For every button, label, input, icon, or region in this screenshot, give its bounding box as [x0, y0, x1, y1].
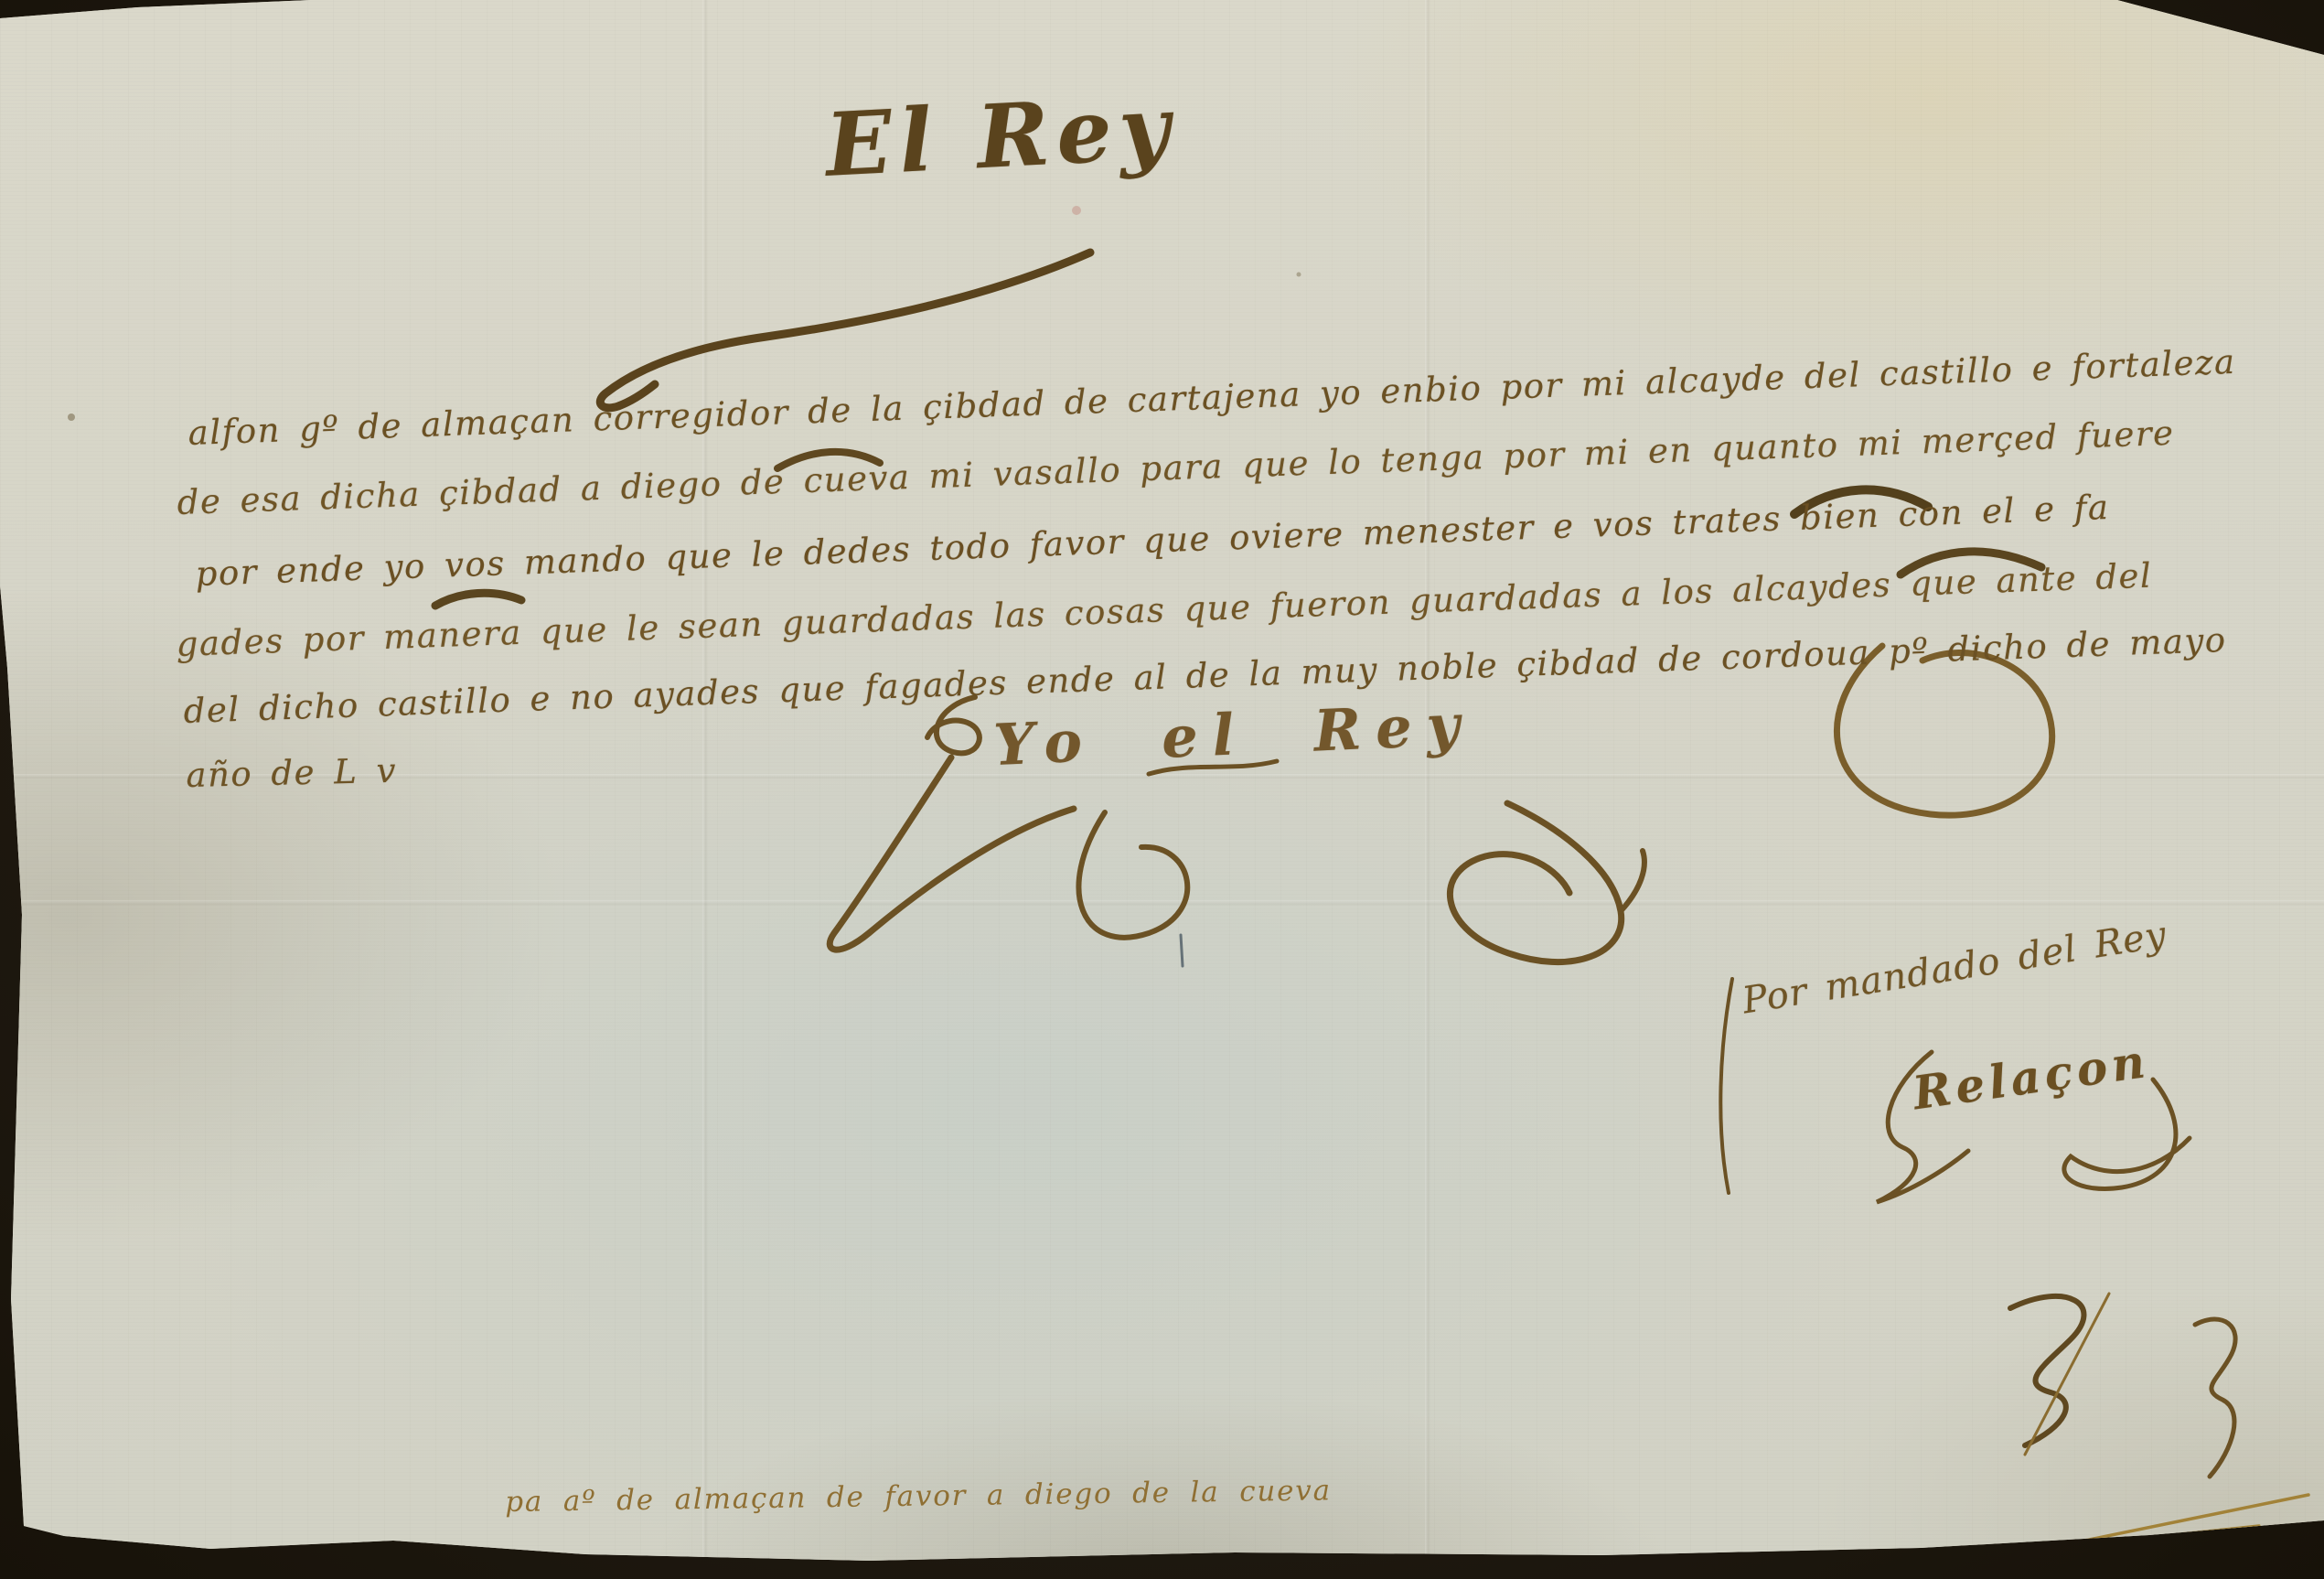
- pink-stain-speck: [1072, 206, 1081, 215]
- royal-signature-paraph: [927, 697, 980, 753]
- secretary-signature: Relaçon: [1910, 1034, 2153, 1121]
- royal-signature: Yo el Rey: [992, 691, 1475, 779]
- rubric-mark-left: [2010, 1296, 2083, 1445]
- manuscript-paper: El Rey alfon gº de almaçan corregidor de…: [0, 0, 2324, 1579]
- abbreviation-arc-line3-left: [435, 593, 521, 606]
- royal-signature-under-loop: [1078, 812, 1187, 938]
- royal-signature-right-hook: [1621, 851, 1644, 911]
- royal-signature-right-loop: [1450, 803, 1621, 962]
- body-line-6-dateline: año de L v: [186, 751, 397, 795]
- rubric-mark-right: [2195, 1319, 2235, 1477]
- document-heading: El Rey: [823, 77, 1179, 197]
- rubric-arrow-stroke: [2049, 1495, 2308, 1548]
- secretary-caption-descender: [1720, 979, 1732, 1193]
- secretary-caption: Por mandado del Rey: [1740, 914, 2169, 1023]
- royal-signature-left-tail: [830, 757, 1074, 950]
- brown-speck-left: [68, 414, 75, 421]
- scan-background: El Rey alfon gº de almaçan corregidor de…: [0, 0, 2324, 1579]
- fold-crease-vertical-left: [702, 0, 708, 1579]
- fold-crease-vertical-right: [1425, 0, 1430, 1579]
- rubric-mark-left-slash: [2025, 1294, 2109, 1455]
- blue-fiber-speck: [1181, 935, 1183, 966]
- docket-note: pa aº de almaçan de favor a diego de la …: [505, 1474, 1332, 1519]
- brown-speck-top: [1297, 273, 1301, 277]
- fold-crease-horizontal-lower: [0, 900, 2324, 906]
